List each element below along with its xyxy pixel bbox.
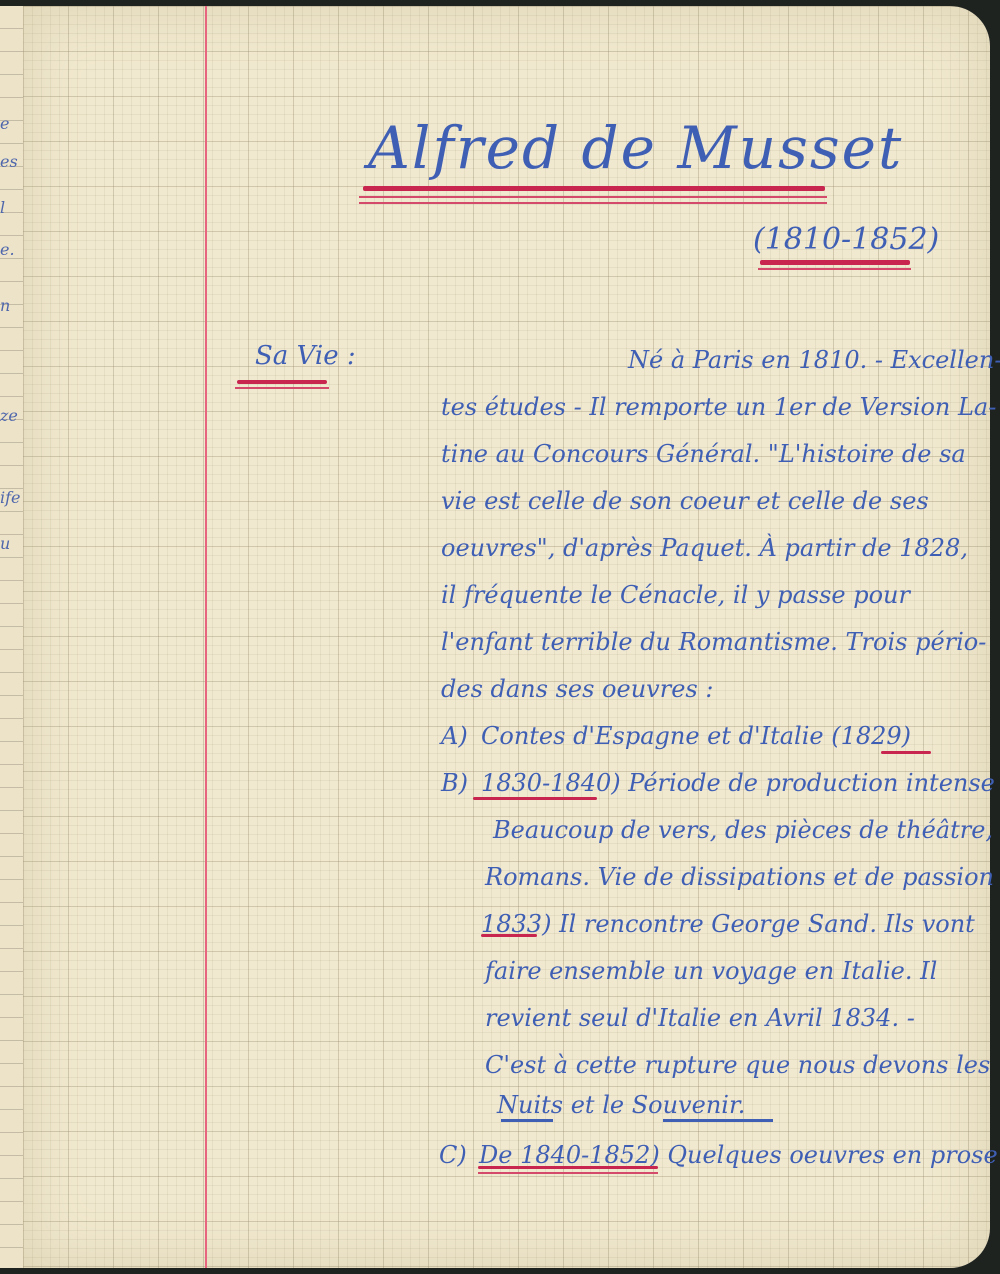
prev-page-fragment: l [0, 198, 5, 217]
year-underline [481, 934, 537, 937]
paragraph-line: l'enfant terrible du Romantisme. Trois p… [441, 628, 986, 656]
paragraph-line: tine au Concours Général. "L'histoire de… [441, 440, 966, 468]
paragraph-line: vie est celle de son coeur et celle de s… [441, 487, 929, 515]
previous-page-edge: e es l e. n ze ife u [0, 6, 25, 1268]
paragraph-line: oeuvres", d'après Paquet. À partir de 18… [441, 534, 968, 562]
year-underline [478, 1166, 658, 1169]
prev-page-fragment: ife [0, 488, 21, 507]
year-underline [881, 751, 931, 754]
period-line: Beaucoup de vers, des pièces de théâtre,… [493, 816, 1000, 844]
period-line: Contes d'Espagne et d'Italie (1829) [481, 722, 911, 750]
work-underline [501, 1119, 553, 1122]
heading-underline [235, 387, 329, 389]
work-underline [663, 1119, 773, 1122]
paragraph-line: tes études - Il remporte un 1er de Versi… [441, 393, 996, 421]
paragraph-line: Né à Paris en 1810. - Excellen- [628, 346, 1000, 374]
period-label: B) [441, 769, 468, 797]
title-underline [359, 196, 827, 198]
prev-page-fragment: u [0, 534, 10, 553]
period-line: C'est à cette rupture que nous devons le… [485, 1051, 990, 1079]
prev-page-fragment: es [0, 152, 18, 171]
period-line: Nuits et le Souvenir. [497, 1091, 745, 1119]
period-label: A) [441, 722, 468, 750]
period-line: revient seul d'Italie en Avril 1834. - [485, 1004, 915, 1032]
period-line: 1833) Il rencontre George Sand. Ils vont [481, 910, 975, 938]
paragraph-line: des dans ses oeuvres : [441, 675, 713, 703]
year-underline [473, 797, 597, 800]
period-label: C) [439, 1141, 467, 1169]
notebook-page: Alfred de Musset (1810-1852) Sa Vie : Né… [23, 6, 990, 1268]
period-line: De 1840-1852) Quelques oeuvres en prose [479, 1141, 998, 1169]
dates-underline [758, 268, 911, 270]
prev-page-fragment: n [0, 296, 10, 315]
life-dates: (1810-1852) [753, 222, 939, 257]
margin-line [205, 6, 207, 1268]
prev-page-fragment: e [0, 114, 9, 133]
section-heading: Sa Vie : [255, 341, 356, 371]
prev-page-fragment: e. [0, 240, 15, 259]
period-line: faire ensemble un voyage en Italie. Il [485, 957, 937, 985]
prev-page-fragment: ze [0, 406, 18, 425]
period-line: 1830-1840) Période de production intense [481, 769, 995, 797]
title-underline [363, 186, 825, 191]
title-underline [359, 202, 827, 204]
dates-underline [760, 260, 910, 265]
period-line: Romans. Vie de dissipations et de passio… [485, 863, 994, 891]
paragraph-line: il fréquente le Cénacle, il y passe pour [441, 581, 910, 609]
heading-underline [237, 380, 327, 384]
year-underline [478, 1172, 658, 1174]
page-title: Alfred de Musset [368, 114, 903, 182]
